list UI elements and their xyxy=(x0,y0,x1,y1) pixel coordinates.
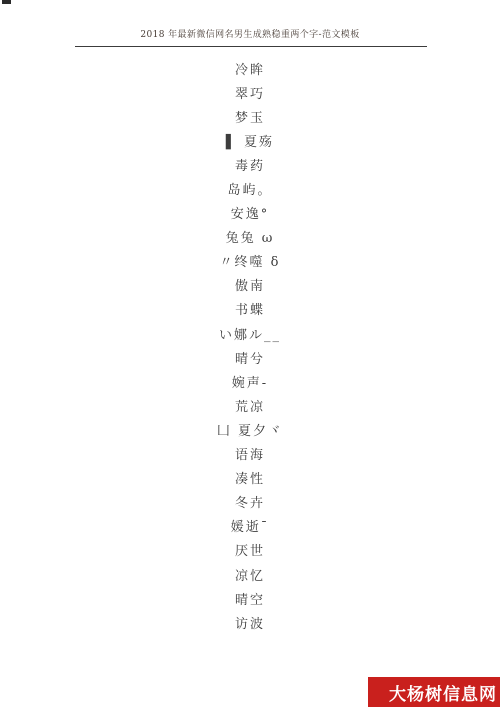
list-item: 语海 xyxy=(0,442,500,466)
list-item-text: ▌ 夏殇 xyxy=(226,131,274,150)
list-item-text: 傲南 xyxy=(235,275,265,294)
list-item: 书蝶 xyxy=(0,297,500,321)
list-item-text: 凑性 xyxy=(235,468,265,487)
list-item: 兔兔 ω xyxy=(0,225,500,249)
list-item-text: 媛逝¯ xyxy=(231,516,270,535)
page-title: 2018 年最新微信网名男生成熟稳重两个字-范文模板 xyxy=(0,29,500,41)
list-item: 婉声- xyxy=(0,369,500,393)
list-item-text: 岛屿。 xyxy=(227,179,272,198)
list-item: 晴兮 xyxy=(0,345,500,369)
title-divider xyxy=(75,46,427,47)
list-item: 厌世 xyxy=(0,538,500,562)
list-item-text: 凵 夏夕ヾ xyxy=(217,420,283,439)
list-item-text: 凉忆 xyxy=(235,565,265,584)
list-item-text: 荒凉 xyxy=(235,396,265,415)
list-item: 冬卉 xyxy=(0,490,500,514)
list-item-text: い娜ル__ xyxy=(219,324,281,343)
list-item: 凉忆 xyxy=(0,562,500,586)
site-watermark-text: 大杨树信息网 xyxy=(389,680,497,705)
list-item: 晴空 xyxy=(0,586,500,610)
list-item-text: 晴空 xyxy=(235,589,265,608)
list-item-text: 厌世 xyxy=(235,540,265,559)
list-item: ▌ 夏殇 xyxy=(0,128,500,152)
list-item-text: 书蝶 xyxy=(235,299,265,318)
list-item: 冷眸 xyxy=(0,56,500,80)
list-item-text: 〃终噬 δ xyxy=(220,251,281,270)
list-item-text: 婉声- xyxy=(232,372,268,391)
name-list: 冷眸翠巧梦玉▌ 夏殇毒药岛屿。安逸°兔兔 ω〃终噬 δ傲南书蝶い娜ル__晴兮婉声… xyxy=(0,56,500,634)
list-item: 岛屿。 xyxy=(0,176,500,200)
list-item-text: 兔兔 ω xyxy=(226,227,275,246)
list-item-text: 冬卉 xyxy=(235,492,265,511)
scan-artifact xyxy=(2,0,11,4)
list-item: 梦玉 xyxy=(0,104,500,128)
list-item-text: 梦玉 xyxy=(235,107,265,126)
list-item: い娜ル__ xyxy=(0,321,500,345)
list-item-text: 语海 xyxy=(235,444,265,463)
list-item-text: 翠巧 xyxy=(235,83,265,102)
list-item: 毒药 xyxy=(0,152,500,176)
list-item: 访波 xyxy=(0,610,500,634)
list-item: 安逸° xyxy=(0,201,500,225)
list-item: 凵 夏夕ヾ xyxy=(0,417,500,441)
list-item: 媛逝¯ xyxy=(0,514,500,538)
list-item-text: 毒药 xyxy=(235,155,265,174)
list-item: 〃终噬 δ xyxy=(0,249,500,273)
list-item: 荒凉 xyxy=(0,393,500,417)
list-item-text: 访波 xyxy=(235,613,265,632)
list-item: 傲南 xyxy=(0,273,500,297)
list-item-text: 冷眸 xyxy=(235,59,265,78)
list-item: 翠巧 xyxy=(0,80,500,104)
site-watermark: 大杨树信息网 xyxy=(368,677,500,707)
list-item: 凑性 xyxy=(0,466,500,490)
list-item-text: 晴兮 xyxy=(235,348,265,367)
list-item-text: 安逸° xyxy=(231,203,270,222)
